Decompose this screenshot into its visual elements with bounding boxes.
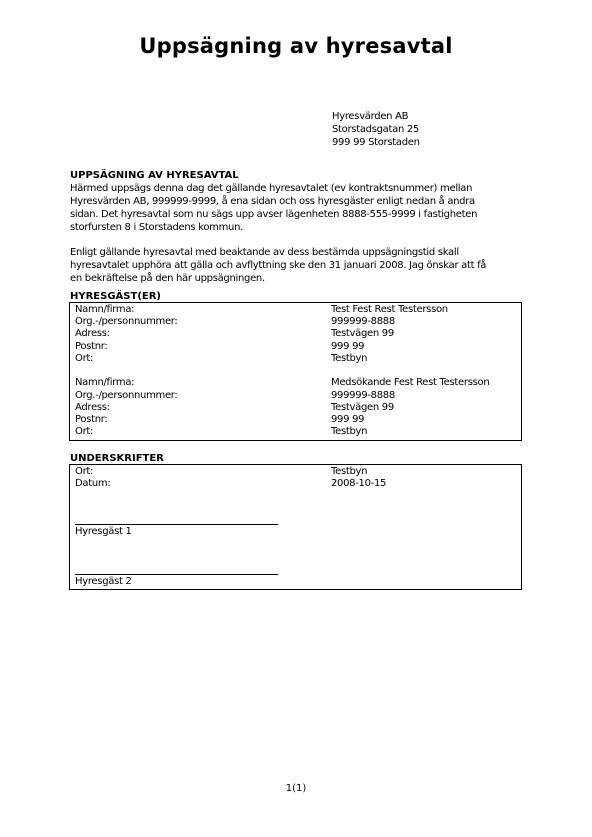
signature-line-1 — [75, 524, 278, 525]
field-label: Namn/firma: — [75, 304, 134, 316]
landlord-name: Hyresvärden AB — [332, 110, 420, 123]
notice-section: UPPSÄGNING AV HYRESAVTAL Härmed uppsägs … — [70, 169, 530, 285]
field-row: Namn/firma:Medsökande Fest Rest Testerss… — [70, 377, 521, 389]
notice-paragraph-2: Enligt gällande hyresavtal med beaktande… — [70, 246, 530, 285]
field-value: 999 99 — [331, 414, 364, 426]
field-row: Postnr:999 99 — [70, 414, 521, 426]
paragraph-line: sidan. Det hyresavtal som nu sägs upp av… — [70, 208, 530, 221]
paragraph-line: Hyresvärden AB, 999999-9999, å ena sidan… — [70, 195, 530, 208]
field-row: Namn/firma:Test Fest Rest Testersson — [70, 304, 521, 316]
field-row: Ort:Testbyn — [70, 466, 521, 478]
field-value: 999999-8888 — [331, 316, 395, 328]
paragraph-line: storfursten 8 i Storstadens kommun. — [70, 221, 530, 234]
field-label: Postnr: — [75, 341, 107, 353]
field-value: 999999-8888 — [331, 390, 395, 402]
field-value: Medsökande Fest Rest Testersson — [331, 377, 489, 389]
field-value: Testvägen 99 — [331, 402, 394, 414]
field-value: 999 99 — [331, 341, 364, 353]
signer-2-caption: Hyresgäst 2 — [75, 576, 132, 587]
page-title: Uppsägning av hyresavtal — [0, 31, 592, 61]
field-row: Postnr:999 99 — [70, 341, 521, 353]
field-label: Org.-/personnummer: — [75, 390, 178, 402]
paragraph-line: en bekräftelse på den här uppsägningen. — [70, 272, 530, 285]
tenant-2: Namn/firma:Medsökande Fest Rest Testerss… — [70, 377, 521, 438]
signer-1-caption: Hyresgäst 1 — [75, 526, 132, 537]
paragraph-line: Härmed uppsägs denna dag det gällande hy… — [70, 182, 530, 195]
field-row: Org.-/personnummer:999999-8888 — [70, 390, 521, 402]
field-label: Ort: — [75, 426, 93, 438]
field-label: Adress: — [75, 328, 110, 340]
field-row: Datum:2008-10-15 — [70, 478, 521, 490]
date-label: Datum: — [75, 478, 110, 490]
signature-line-2 — [75, 574, 278, 575]
field-value: Testvägen 99 — [331, 328, 394, 340]
paragraph-line: hyresavtalet upphöra att gälla och avfly… — [70, 259, 530, 272]
date-value: 2008-10-15 — [331, 478, 386, 490]
page-number: 1(1) — [0, 783, 592, 795]
tenants-box: Namn/firma:Test Fest Rest Testersson Org… — [69, 302, 522, 441]
field-label: Ort: — [75, 353, 93, 365]
notice-paragraph-1: Härmed uppsägs denna dag det gällande hy… — [70, 182, 530, 234]
field-value: Test Fest Rest Testersson — [331, 304, 448, 316]
field-row: Adress:Testvägen 99 — [70, 328, 521, 340]
landlord-postal-city: 999 99 Storstaden — [332, 136, 420, 149]
field-value: Testbyn — [331, 353, 367, 365]
notice-heading: UPPSÄGNING AV HYRESAVTAL — [70, 169, 530, 182]
field-label: Namn/firma: — [75, 377, 134, 389]
field-value: Testbyn — [331, 426, 367, 438]
tenant-1: Namn/firma:Test Fest Rest Testersson Org… — [70, 304, 521, 365]
landlord-street: Storstadsgatan 25 — [332, 123, 420, 136]
landlord-address: Hyresvärden AB Storstadsgatan 25 999 99 … — [332, 110, 420, 149]
field-label: Postnr: — [75, 414, 107, 426]
field-row: Ort:Testbyn — [70, 353, 521, 365]
field-row: Org.-/personnummer:999999-8888 — [70, 316, 521, 328]
place-label: Ort: — [75, 466, 93, 478]
field-label: Adress: — [75, 402, 110, 414]
paragraph-line: Enligt gällande hyresavtal med beaktande… — [70, 246, 530, 259]
field-label: Org.-/personnummer: — [75, 316, 178, 328]
field-row: Ort:Testbyn — [70, 426, 521, 438]
field-row: Adress:Testvägen 99 — [70, 402, 521, 414]
signatures-box: Ort:Testbyn Datum:2008-10-15 Hyresgäst 1… — [69, 464, 522, 590]
place-value: Testbyn — [331, 466, 367, 478]
